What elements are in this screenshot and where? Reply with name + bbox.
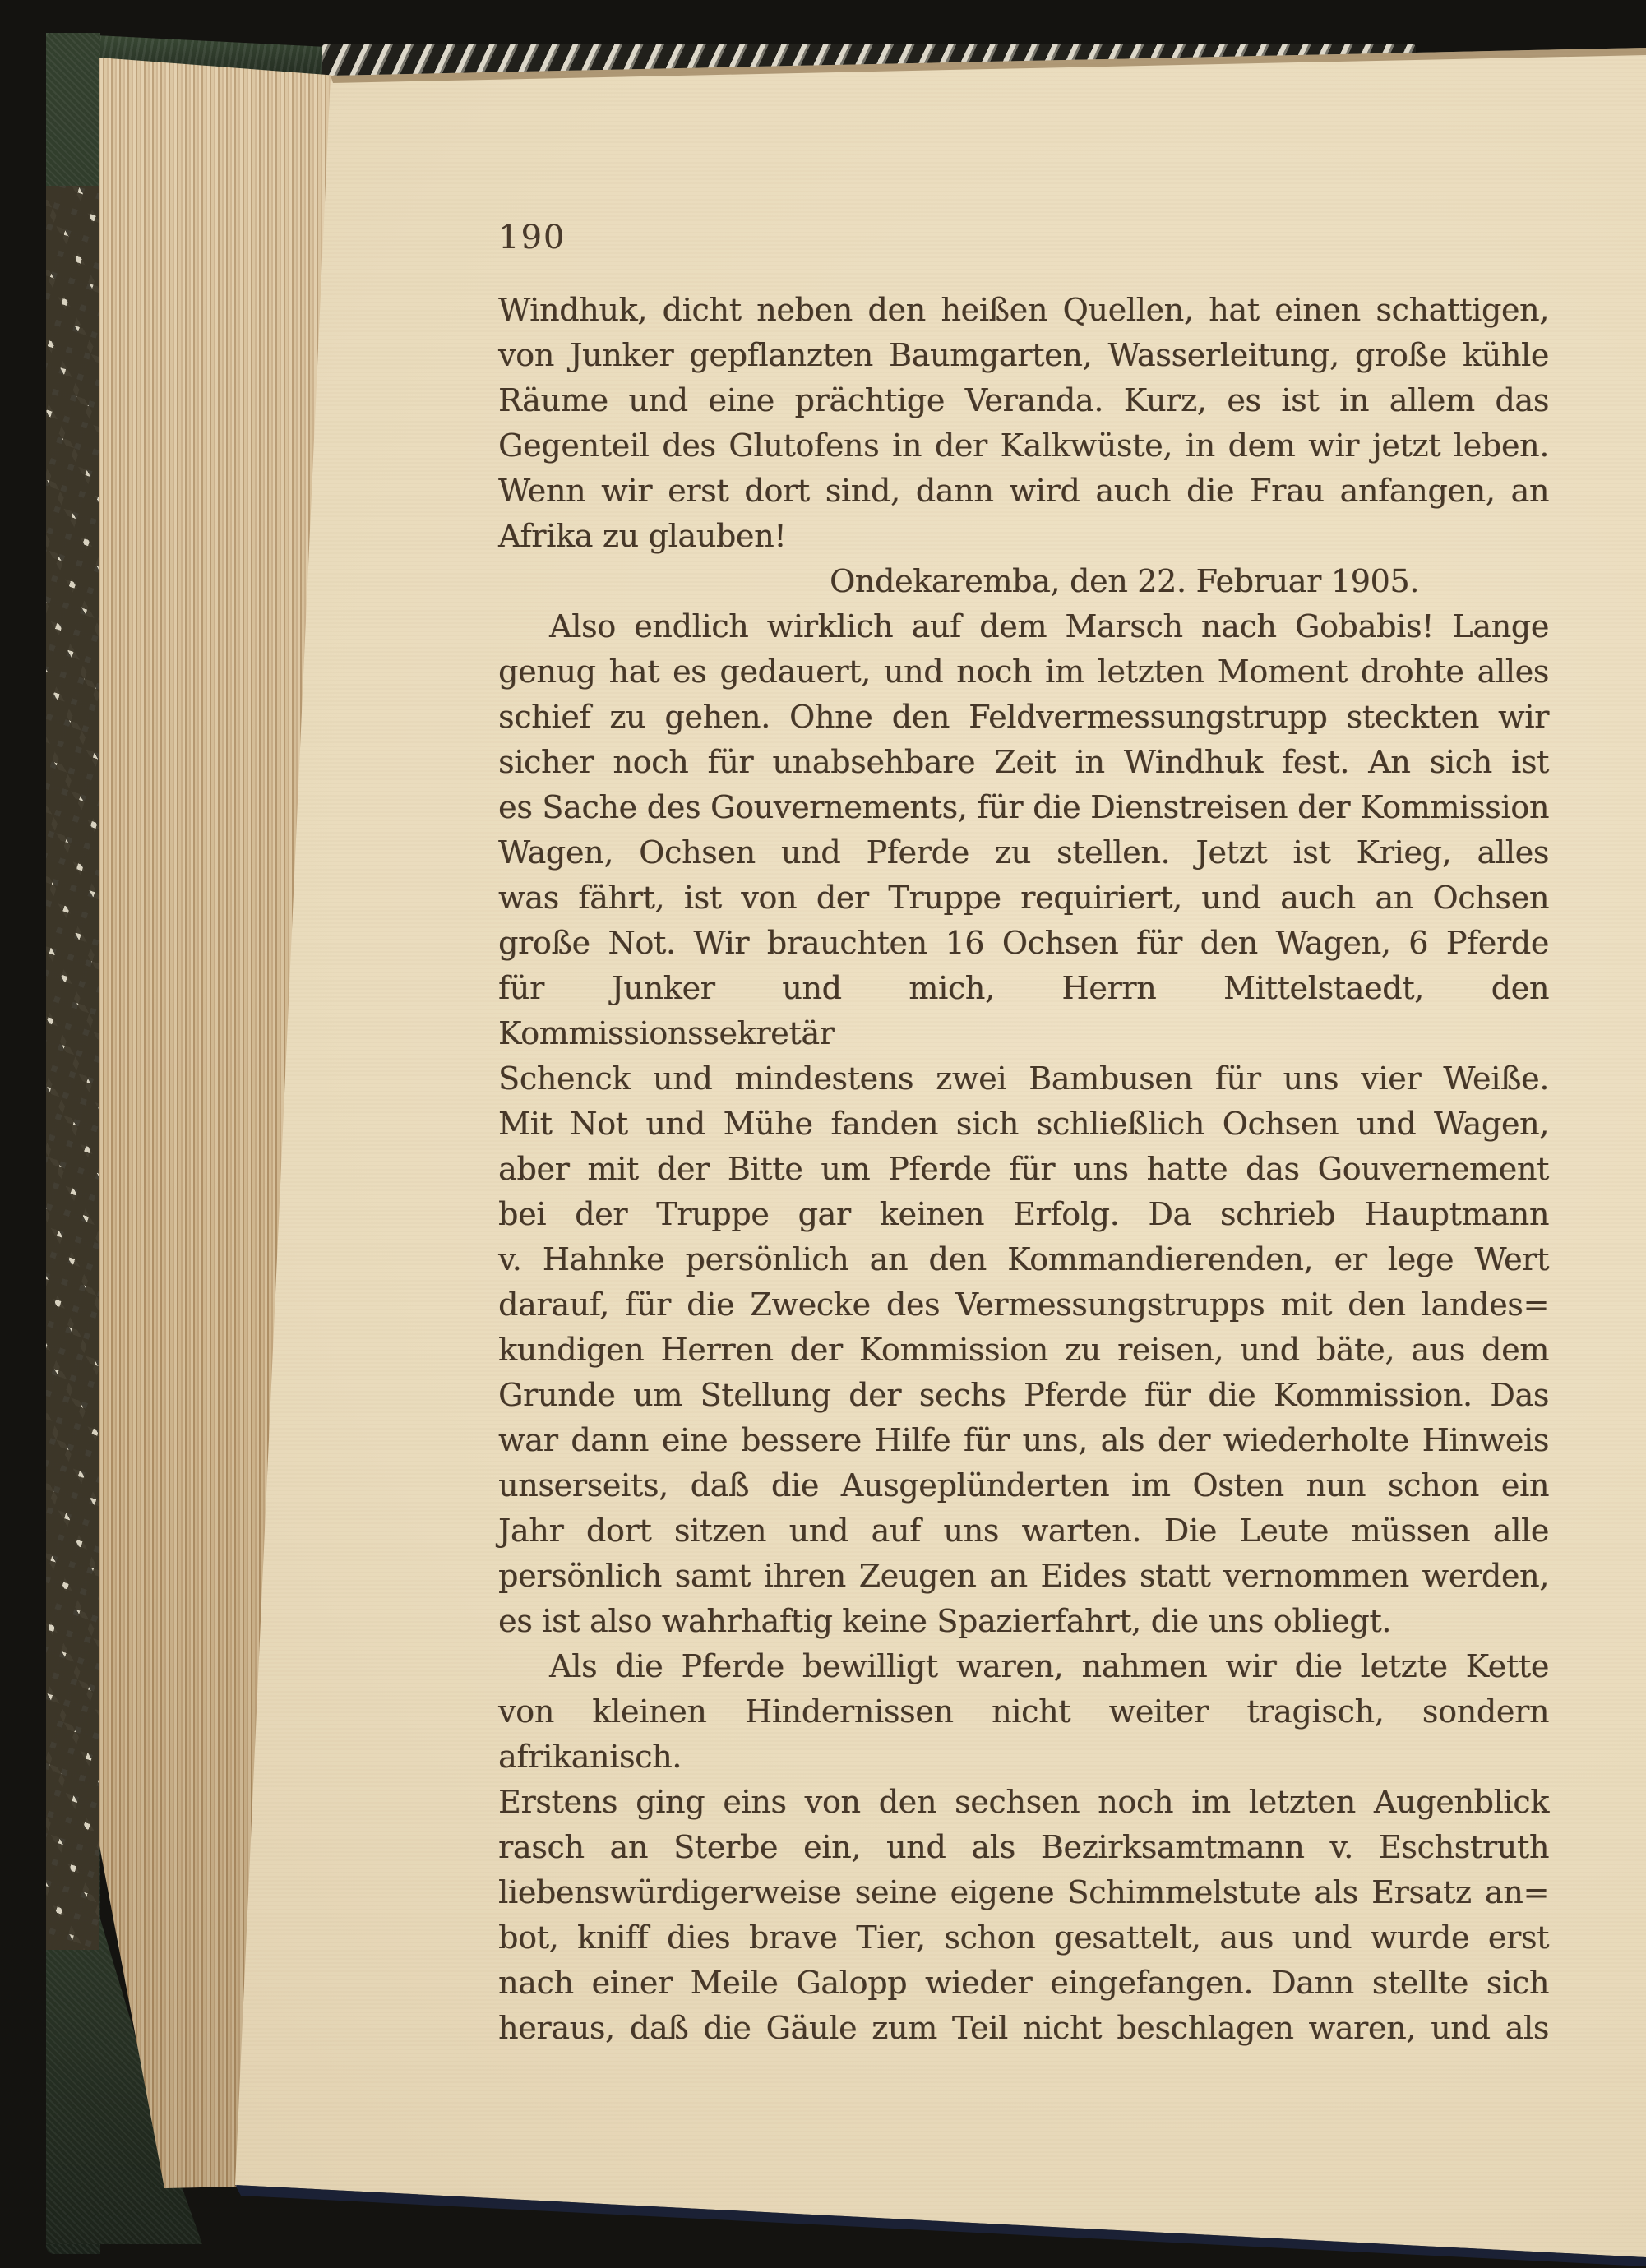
dateline: Ondekaremba, den 22. Februar 1905. (498, 559, 1549, 604)
text-line: Afrika zu glauben! (498, 514, 1549, 559)
marbled-endpaper-strip (46, 186, 99, 1950)
text-line: unserseits, daß die Ausgeplünderten im O… (498, 1463, 1549, 1508)
text-line: Mit Not und Mühe fanden sich schließlich… (498, 1102, 1549, 1147)
text-line: heraus, daß die Gäule zum Teil nicht bes… (498, 2006, 1549, 2051)
text-line: es Sache des Gouvernements, für die Dien… (498, 785, 1549, 830)
text-line: Wenn wir erst dort sind, dann wird auch … (498, 469, 1549, 514)
text-line: von Junker gepflanzten Baumgarten, Wasse… (498, 333, 1549, 378)
text-line: Grunde um Stellung der sechs Pferde für … (498, 1373, 1549, 1418)
text-line: große Not. Wir brauchten 16 Ochsen für d… (498, 921, 1549, 966)
text-line: für Junker und mich, Herrn Mittelstaedt,… (498, 966, 1549, 1056)
page-number: 190 (498, 219, 566, 256)
text-line: Also endlich wirklich auf dem Marsch nac… (498, 604, 1549, 649)
text-line: was fährt, ist von der Truppe requiriert… (498, 875, 1549, 921)
text-line: darauf, für die Zwecke des Vermessungstr… (498, 1282, 1549, 1328)
text-line: Wagen, Ochsen und Pferde zu stellen. Jet… (498, 830, 1549, 875)
text-line: bot, kniff dies brave Tier, schon gesatt… (498, 1915, 1549, 1961)
text-line: rasch an Sterbe ein, und als Bezirksamtm… (498, 1825, 1549, 1870)
text-line: kundigen Herren der Kommission zu reisen… (498, 1328, 1549, 1373)
text-line: v. Hahnke persönlich an den Kommandieren… (498, 1237, 1549, 1282)
text-line: sicher noch für unabsehbare Zeit in Wind… (498, 740, 1549, 785)
text-block: Windhuk, dicht neben den heißen Quellen,… (498, 288, 1549, 2051)
text-line: Erstens ging eins von den sechsen noch i… (498, 1780, 1549, 1825)
text-line: nach einer Meile Galopp wieder eingefang… (498, 1961, 1549, 2006)
text-line: Schenck und mindestens zwei Bambusen für… (498, 1056, 1549, 1102)
text-line: schief zu gehen. Ohne den Feldvermessung… (498, 695, 1549, 740)
text-line: aber mit der Bitte um Pferde für uns hat… (498, 1147, 1549, 1192)
text-line: Jahr dort sitzen und auf uns warten. Die… (498, 1508, 1549, 1554)
text-line: Windhuk, dicht neben den heißen Quellen,… (498, 288, 1549, 333)
book-photo: 190 Windhuk, dicht neben den heißen Quel… (0, 0, 1646, 2268)
text-line: war dann eine bessere Hilfe für uns, als… (498, 1418, 1549, 1463)
text-line: persönlich samt ihren Zeugen an Eides st… (498, 1554, 1549, 1599)
text-line: Räume und eine prächtige Veranda. Kurz, … (498, 378, 1549, 423)
text-line: bei der Truppe gar keinen Erfolg. Da sch… (498, 1192, 1549, 1237)
text-line: Gegenteil des Glutofens in der Kalkwüste… (498, 423, 1549, 469)
text-line: es ist also wahrhaftig keine Spazierfahr… (498, 1599, 1549, 1644)
text-line: genug hat es gedauert, und noch im letzt… (498, 649, 1549, 695)
text-line: liebenswürdigerweise seine eigene Schimm… (498, 1870, 1549, 1915)
text-line: von kleinen Hindernissen nicht weiter tr… (498, 1689, 1549, 1780)
text-line: Als die Pferde bewilligt waren, nahmen w… (498, 1644, 1549, 1689)
